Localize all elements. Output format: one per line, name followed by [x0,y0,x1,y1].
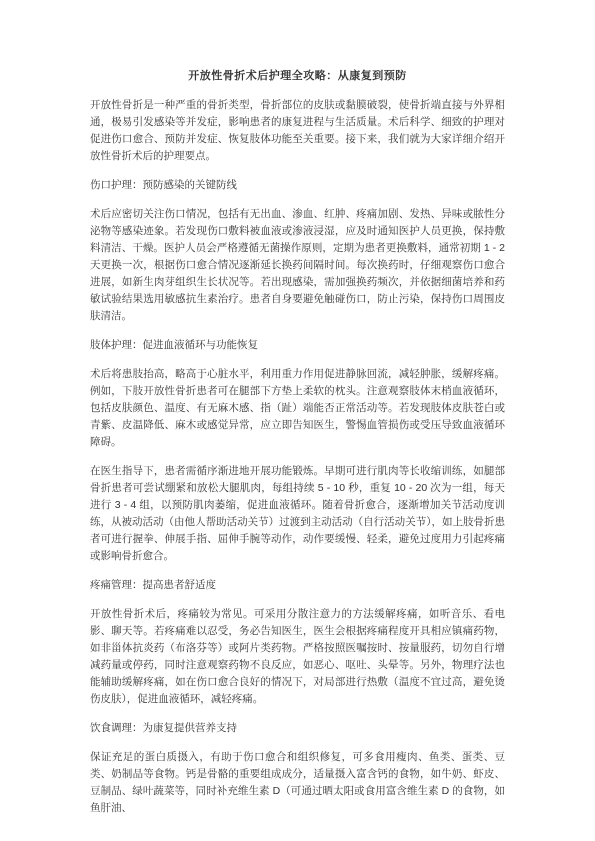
paragraph: 术后将患肢抬高，略高于心脏水平，利用重力作用促进静脉回流，减轻肿胀，缓解疼痛。例… [90,366,505,451]
paragraph: 开放性骨折术后，疼痛较为常见。可采用分散注意力的方法缓解疼痛，如听音乐、看电影、… [90,606,505,708]
section-heading: 疼痛管理：提高患者舒适度 [90,577,505,594]
document-title: 开放性骨折术后护理全攻略：从康复到预防 [90,68,505,85]
paragraph: 开放性骨折是一种严重的骨折类型，骨折部位的皮肤或黏膜破裂，使骨折端直接与外界相通… [90,97,505,165]
paragraph: 保证充足的蛋白质摄入，有助于伤口愈合和组织修复，可多食用瘦肉、鱼类、蛋类、豆类、… [90,749,505,817]
document-body: 开放性骨折是一种严重的骨折类型，骨折部位的皮肤或黏膜破裂，使骨折端直接与外界相通… [90,97,505,817]
document-page: 开放性骨折术后护理全攻略：从康复到预防 开放性骨折是一种严重的骨折类型，骨折部位… [0,0,595,841]
section-heading: 肢体护理：促进血液循环与功能恢复 [90,337,505,354]
section-heading: 伤口护理：预防感染的关键防线 [90,177,505,194]
paragraph: 术后应密切关注伤口情况，包括有无出血、渗血、红肿、疼痛加剧、发热、异味或脓性分泌… [90,206,505,325]
section-heading: 饮食调理：为康复提供营养支持 [90,720,505,737]
paragraph: 在医生指导下，患者需循序渐进地开展功能锻炼。早期可进行肌肉等长收缩训练，如腿部骨… [90,463,505,565]
